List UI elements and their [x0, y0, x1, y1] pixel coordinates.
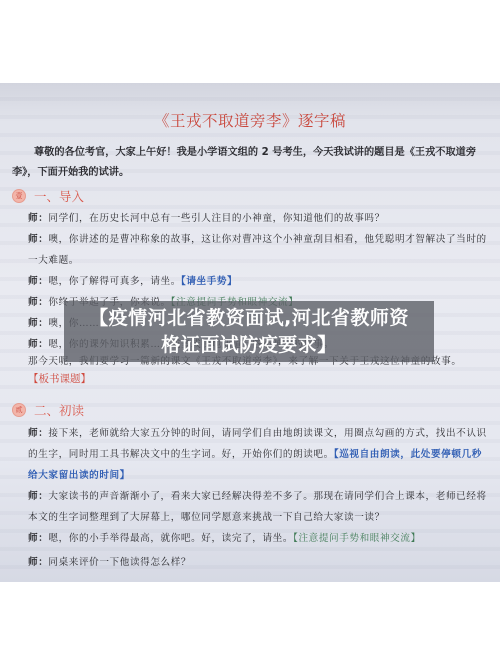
speaker-label: 师： [28, 339, 48, 350]
dialogue-text: 嗯，你了解得可真多，请坐。 [48, 276, 181, 287]
speaker-label: 师： [28, 234, 48, 245]
speaker-label: 师： [28, 297, 48, 308]
section-heading-intro: 壹 一、导入 [12, 187, 84, 205]
speaker-label: 师： [28, 276, 48, 287]
dialogue-line: 师：同桌来评价一下他读得怎么样？ [28, 552, 490, 573]
section-number-icon: 壹 [12, 189, 26, 203]
stage-note: 【注意提问手势和眼神交流】 [293, 533, 421, 544]
dialogue-text: 嗯，你的小手举得最高，就你吧。好，读完了，请坐。 [48, 533, 293, 544]
section-heading-first-reading: 贰 二、初读 [12, 401, 84, 419]
section-number-icon: 贰 [12, 403, 26, 417]
dialogue-line: 师：接下来，老师就给大家五分钟的时间，请同学们自由地朗读课文，用圈点勾画的方式，… [28, 423, 490, 486]
dialogue-line: 师：噢，你讲述的是曹冲称象的故事，这让你对曹冲这个小神童刮目相看，他凭聪明才智解… [28, 229, 490, 271]
dialogue-line: 师：嗯，你的小手举得最高，就你吧。好，读完了，请坐。【注意提问手势和眼神交流】 [28, 528, 490, 549]
dialogue-line: 师：大家读书的声音渐渐小了，看来大家已经解决得差不多了。那现在请同学们合上课本，… [28, 486, 490, 528]
document-title: 《王戎不取道旁李》逐字稿 [0, 109, 500, 131]
dialogue-line: 师：嗯，你了解得可真多，请坐。【请坐手势】 [28, 271, 490, 292]
section-title: 一、导入 [34, 187, 84, 205]
banner-line-1: 【疫情河北省教资面试,河北省教师资 [64, 305, 434, 332]
stage-note: 【请坐手势】 [181, 276, 237, 287]
dialogue-text: 同桌来评价一下他读得怎么样？ [48, 557, 191, 568]
speaker-label: 师： [28, 213, 48, 224]
dialogue-text: 同学们，在历史长河中总有一些引人注目的小神童，你知道他们的故事吗？ [48, 213, 384, 224]
dialogue-text: 噢，你讲述的是曹冲称象的故事，这让你对曹冲这个小神童刮目相看，他凭聪明才智解决了… [28, 234, 487, 266]
intro-paragraph: 尊敬的各位考官，大家上午好！我是小学语文组的 2 号考生，今天我试讲的题目是《王… [12, 143, 490, 183]
dialogue-line: 师：同学们，在历史长河中总有一些引人注目的小神童，你知道他们的故事吗？ [28, 208, 490, 229]
dialogue-text: 大家读书的声音渐渐小了，看来大家已经解决得差不多了。那现在请同学们合上课本，老师… [28, 491, 487, 523]
speaker-label: 师： [28, 491, 48, 502]
speaker-label: 师： [28, 318, 48, 329]
section-title: 二、初读 [34, 401, 84, 419]
speaker-label: 师： [28, 557, 48, 568]
board-note: 【板书课题】 [28, 371, 91, 386]
speaker-label: 师： [28, 428, 48, 439]
headline-overlay-banner: 【疫情河北省教资面试,河北省教师资 格证面试防疫要求】 [64, 301, 434, 362]
speaker-label: 师： [28, 533, 48, 544]
banner-line-2: 格证面试防疫要求】 [64, 332, 434, 359]
